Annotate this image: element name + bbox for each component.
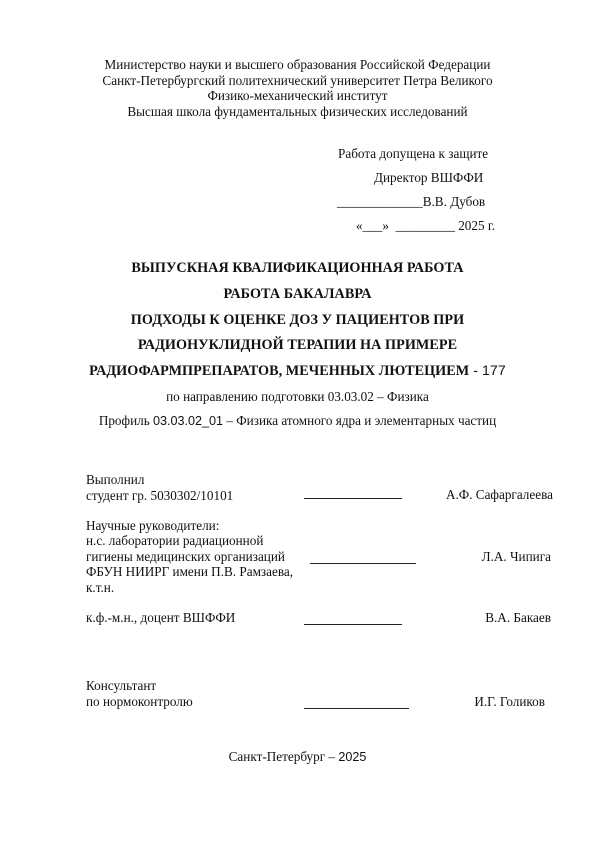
date-month-blank[interactable]: _________ bbox=[396, 218, 455, 233]
supervisor2-role: к.ф.-м.н., доцент ВШФФИ bbox=[86, 610, 235, 626]
footer-city: Санкт-Петербург – bbox=[229, 749, 339, 764]
close-quote: » bbox=[382, 218, 389, 233]
thesis-title-text: РАДИОФАРМПРЕПАРАТОВ, МЕЧЕННЫХ ЛЮТЕЦИЕМ bbox=[89, 363, 469, 379]
supervisor2-name: В.А. Бакаев bbox=[485, 610, 551, 626]
thesis-title-line3: РАДИОФАРМПРЕПАРАТОВ, МЕЧЕННЫХ ЛЮТЕЦИЕМ -… bbox=[0, 363, 595, 380]
approval-signature: _____________В.В. Дубов bbox=[337, 194, 485, 210]
open-quote: « bbox=[356, 218, 363, 233]
author-name: А.Ф. Сафаргалеева bbox=[446, 487, 553, 503]
author-group: студент гр. 5030302/10101 bbox=[86, 488, 233, 504]
institution-header: Министерство науки и высшего образования… bbox=[0, 57, 595, 119]
school-line: Высшая школа фундаментальных физических … bbox=[0, 104, 595, 120]
supervisor2-signature-line[interactable] bbox=[304, 624, 402, 625]
profile-label: Профиль bbox=[99, 413, 153, 428]
approval-admitted: Работа допущена к защите bbox=[338, 146, 488, 162]
supervisor1-name: Л.А. Чипига bbox=[482, 549, 551, 565]
consultant-role-line2: по нормоконтролю bbox=[86, 694, 193, 710]
institute-line: Физико-механический институт bbox=[0, 88, 595, 104]
supervisor1-signature-line[interactable] bbox=[310, 563, 416, 564]
thesis-degree: РАБОТА БАКАЛАВРА bbox=[0, 286, 595, 303]
profile-code: 03.03.02_01 bbox=[153, 414, 223, 428]
date-year: 2025 г. bbox=[458, 218, 495, 233]
footer-city-year: Санкт-Петербург – 2025 bbox=[0, 749, 595, 765]
author-role: Выполнил студент гр. 5030302/10101 bbox=[86, 472, 233, 503]
study-direction: по направлению подготовки 03.03.02 – Физ… bbox=[0, 389, 595, 405]
approval-date: «___» _________ 2025 г. bbox=[356, 218, 495, 234]
date-day-blank[interactable]: ___ bbox=[363, 218, 383, 233]
thesis-type: ВЫПУСКНАЯ КВАЛИФИКАЦИОННАЯ РАБОТА bbox=[0, 260, 595, 277]
thesis-title-line1: ПОДХОДЫ К ОЦЕНКЕ ДОЗ У ПАЦИЕНТОВ ПРИ bbox=[0, 312, 595, 329]
ministry-line: Министерство науки и высшего образования… bbox=[0, 57, 595, 73]
consultant-role-line1: Консультант bbox=[86, 678, 193, 694]
approval-position: Директор ВШФФИ bbox=[374, 170, 483, 186]
isotope-number: - 177 bbox=[469, 363, 506, 379]
author-signature-line[interactable] bbox=[304, 498, 402, 499]
supervisor1-role-line1: н.с. лаборатории радиационной bbox=[86, 533, 293, 549]
consultant-role: Консультант по нормоконтролю bbox=[86, 678, 193, 709]
supervisor1-degree: к.т.н. bbox=[86, 580, 293, 596]
consultant-signature-line[interactable] bbox=[304, 708, 409, 709]
supervisors-heading: Научные руководители: bbox=[86, 518, 219, 534]
thesis-title-line2: РАДИОНУКЛИДНОЙ ТЕРАПИИ НА ПРИМЕРЕ bbox=[0, 337, 595, 354]
director-name: В.В. Дубов bbox=[423, 194, 485, 209]
consultant-name: И.Г. Голиков bbox=[474, 694, 545, 710]
profile-name: – Физика атомного ядра и элементарных ча… bbox=[223, 413, 496, 428]
signature-blank[interactable]: _____________ bbox=[337, 194, 423, 209]
supervisor1-role-line3: ФБУН НИИРГ имени П.В. Рамзаева, bbox=[86, 564, 293, 580]
study-profile: Профиль 03.03.02_01 – Физика атомного яд… bbox=[0, 413, 595, 429]
footer-year: 2025 bbox=[338, 750, 366, 764]
supervisor1-role: н.с. лаборатории радиационной гигиены ме… bbox=[86, 533, 293, 595]
author-role-line1: Выполнил bbox=[86, 472, 233, 488]
university-line: Санкт-Петербургский политехнический унив… bbox=[0, 73, 595, 89]
supervisor1-role-line2: гигиены медицинских организаций bbox=[86, 549, 293, 565]
